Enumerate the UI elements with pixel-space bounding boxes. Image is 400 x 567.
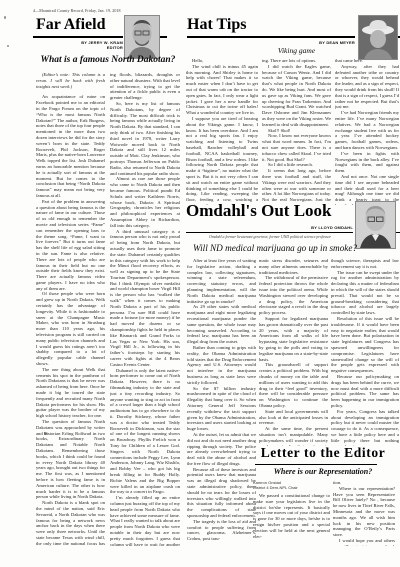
paragraph: Of those people who were born and grew u… (36, 291, 105, 366)
scan-speck (7, 45, 9, 47)
hat-tips-column-1: Hello,The wind chill is minus 45 again t… (186, 58, 258, 205)
portrait-man-glasses-beard (125, 16, 159, 58)
paragraph: I suppose you are tired of hearing about… (186, 116, 258, 205)
paragraph: Because our policymaking on drugs has be… (331, 374, 399, 409)
paragraph: Almost as rare are those people who came… (110, 176, 180, 228)
paragraph: I’ve been in fights with Norwegians in t… (335, 151, 399, 174)
hat-tips-byline: BY DEAN MEYER (240, 40, 355, 45)
paragraph: After at least five years of waiting for… (187, 258, 256, 304)
kram-headshot-photo (124, 15, 160, 59)
paragraph: matic stress disorder, seizures and many… (259, 258, 328, 275)
portrait-man-white-cowboy-hat (359, 16, 397, 59)
paragraph: Anyway, after they had defeated another … (335, 64, 399, 110)
paragraph: I would hope you and others are willing … (333, 538, 395, 546)
far-afield-rule-segment (160, 36, 167, 38)
paragraph: As 29 other states with medical marijuan… (187, 304, 256, 345)
paragraph: Support for legalized marijuana has grow… (259, 316, 328, 362)
paragraph: The withdrawal of the permissive federal… (259, 275, 328, 316)
far-afield-byline: BY JERRY W. KRAM EDITOR (36, 40, 123, 50)
paragraph: Because all of these investors and poten… (187, 467, 256, 519)
paragraph: The one thing about Welk that cements hi… (36, 367, 105, 419)
hat-tips-column-3: that came here.Anyway, after they had de… (335, 58, 399, 205)
hat-tips-rule (187, 36, 355, 38)
letter-column-1: We passed a constitutional change to mak… (253, 493, 330, 546)
paragraph: I’ve had Norwegian friends my entire lif… (335, 110, 399, 151)
hat-tips-title: Hat Tips (187, 16, 246, 33)
meyer-headshot-photo (358, 15, 398, 60)
paragraph: The issue can be swept under the rug for… (331, 270, 399, 316)
far-afield-column-1: (Editor’s note: This column is a rerun. … (36, 72, 105, 546)
paragraph: A third unusual category is a famous per… (110, 229, 180, 368)
paragraph: Duhamel is only the latest native-born p… (110, 368, 180, 496)
paragraph: We passed a constitutional change to mak… (253, 493, 330, 539)
paragraph: Part of the problem in answering a quest… (36, 199, 105, 292)
paragraph: The tragedy is the loss of aid and comfo… (187, 519, 256, 542)
paragraph: State and local governments will also lo… (259, 409, 328, 426)
omdahl-headline: Will ND medical marijuana go up in smoke… (186, 243, 364, 253)
paragraph: ing floods, blizzards, droughts or other… (110, 72, 180, 101)
paragraph: The wind chill is minus 45 again this mo… (186, 64, 258, 116)
omdahl-column-2: matic stress disorder, seizures and many… (259, 258, 328, 446)
paragraph: The question of famous North Dakotans wa… (36, 419, 105, 500)
letter-rule (255, 464, 377, 465)
paragraph: I’m already filled up an entire column j… (110, 495, 180, 546)
far-afield-title: Far Afield (36, 16, 105, 33)
paragraph: It seems that long ago, before there was… (262, 168, 331, 205)
far-afield-col1-text: An acquaintance of mine on Facebook poin… (36, 94, 105, 546)
far-afield-headline: What is a famous North Dakotan? (36, 55, 180, 65)
newspaper-page: 4—Mountrail County Record, Friday, Jan. … (0, 0, 400, 567)
paragraph: For years, Congress has talked about dev… (331, 409, 399, 446)
paragraph: North Dakota is a blank spot on the mind… (36, 500, 105, 546)
omdahl-column-1: After at least five years of waiting for… (187, 258, 256, 546)
editors-note: (Editor’s note: This column is a rerun. … (36, 72, 105, 89)
letter-signature: Kamron Onstad District 4 Dem-NPL Chair (253, 480, 330, 490)
omdahl-byline: BY LLOYD OMDAHL (200, 225, 353, 230)
letter-title: Letter to the Editor (253, 446, 393, 460)
paragraph: Resolution of this issue will be trouble… (331, 316, 399, 374)
paragraph: I did watch the Eagles game, because of … (262, 64, 331, 128)
byline-role: EDITOR (36, 45, 123, 50)
paragraph: So, here is my list of famous North Dako… (110, 101, 180, 176)
paragraph: This groundswell of support creates a po… (259, 362, 328, 408)
paragraph: An acquaintance of mine on Facebook poin… (36, 94, 105, 198)
paragraph: At the same time, the present situation … (259, 426, 328, 446)
paragraph: So the $7 billion industry mushroomed in… (187, 386, 256, 432)
portrait-older-man-suit (356, 202, 395, 248)
paragraph: Now, I know not everyone knows what that… (262, 133, 331, 162)
scan-speck (4, 16, 6, 19)
omdahl-headshot-photo (355, 201, 396, 249)
far-afield-rule (33, 36, 123, 38)
letter-column-2: tion.Where is our representation? Have y… (333, 480, 395, 546)
paragraph: though science, therapists and law enfor… (331, 258, 399, 270)
hat-tips-heading: Viking game (262, 46, 331, 55)
paragraph: At the outset, let us admit that we did … (187, 432, 256, 467)
far-afield-column-2: ing floods, blizzards, droughts or other… (110, 72, 180, 546)
omdahl-credit-line: Omdahl a former lieutenant governor, for… (186, 235, 354, 240)
omdahl-title: Omdahl's Out Look (186, 202, 332, 220)
omdahl-rule (186, 232, 353, 233)
letter-headline: Where is our Representation? (253, 467, 393, 476)
paragraph: Rather than coming to grips with reality… (187, 345, 256, 386)
omdahl-column-3: though science, therapists and law enfor… (331, 258, 399, 446)
letter-signature-title: District 4 Dem-NPL Chair (253, 485, 330, 490)
folio-line: 4—Mountrail County Record, Friday, Jan. … (33, 8, 121, 13)
hat-tips-column-2: ing. There are lots of options.I did wat… (262, 58, 331, 205)
paragraph: Where is our representation? Have you se… (333, 486, 395, 538)
